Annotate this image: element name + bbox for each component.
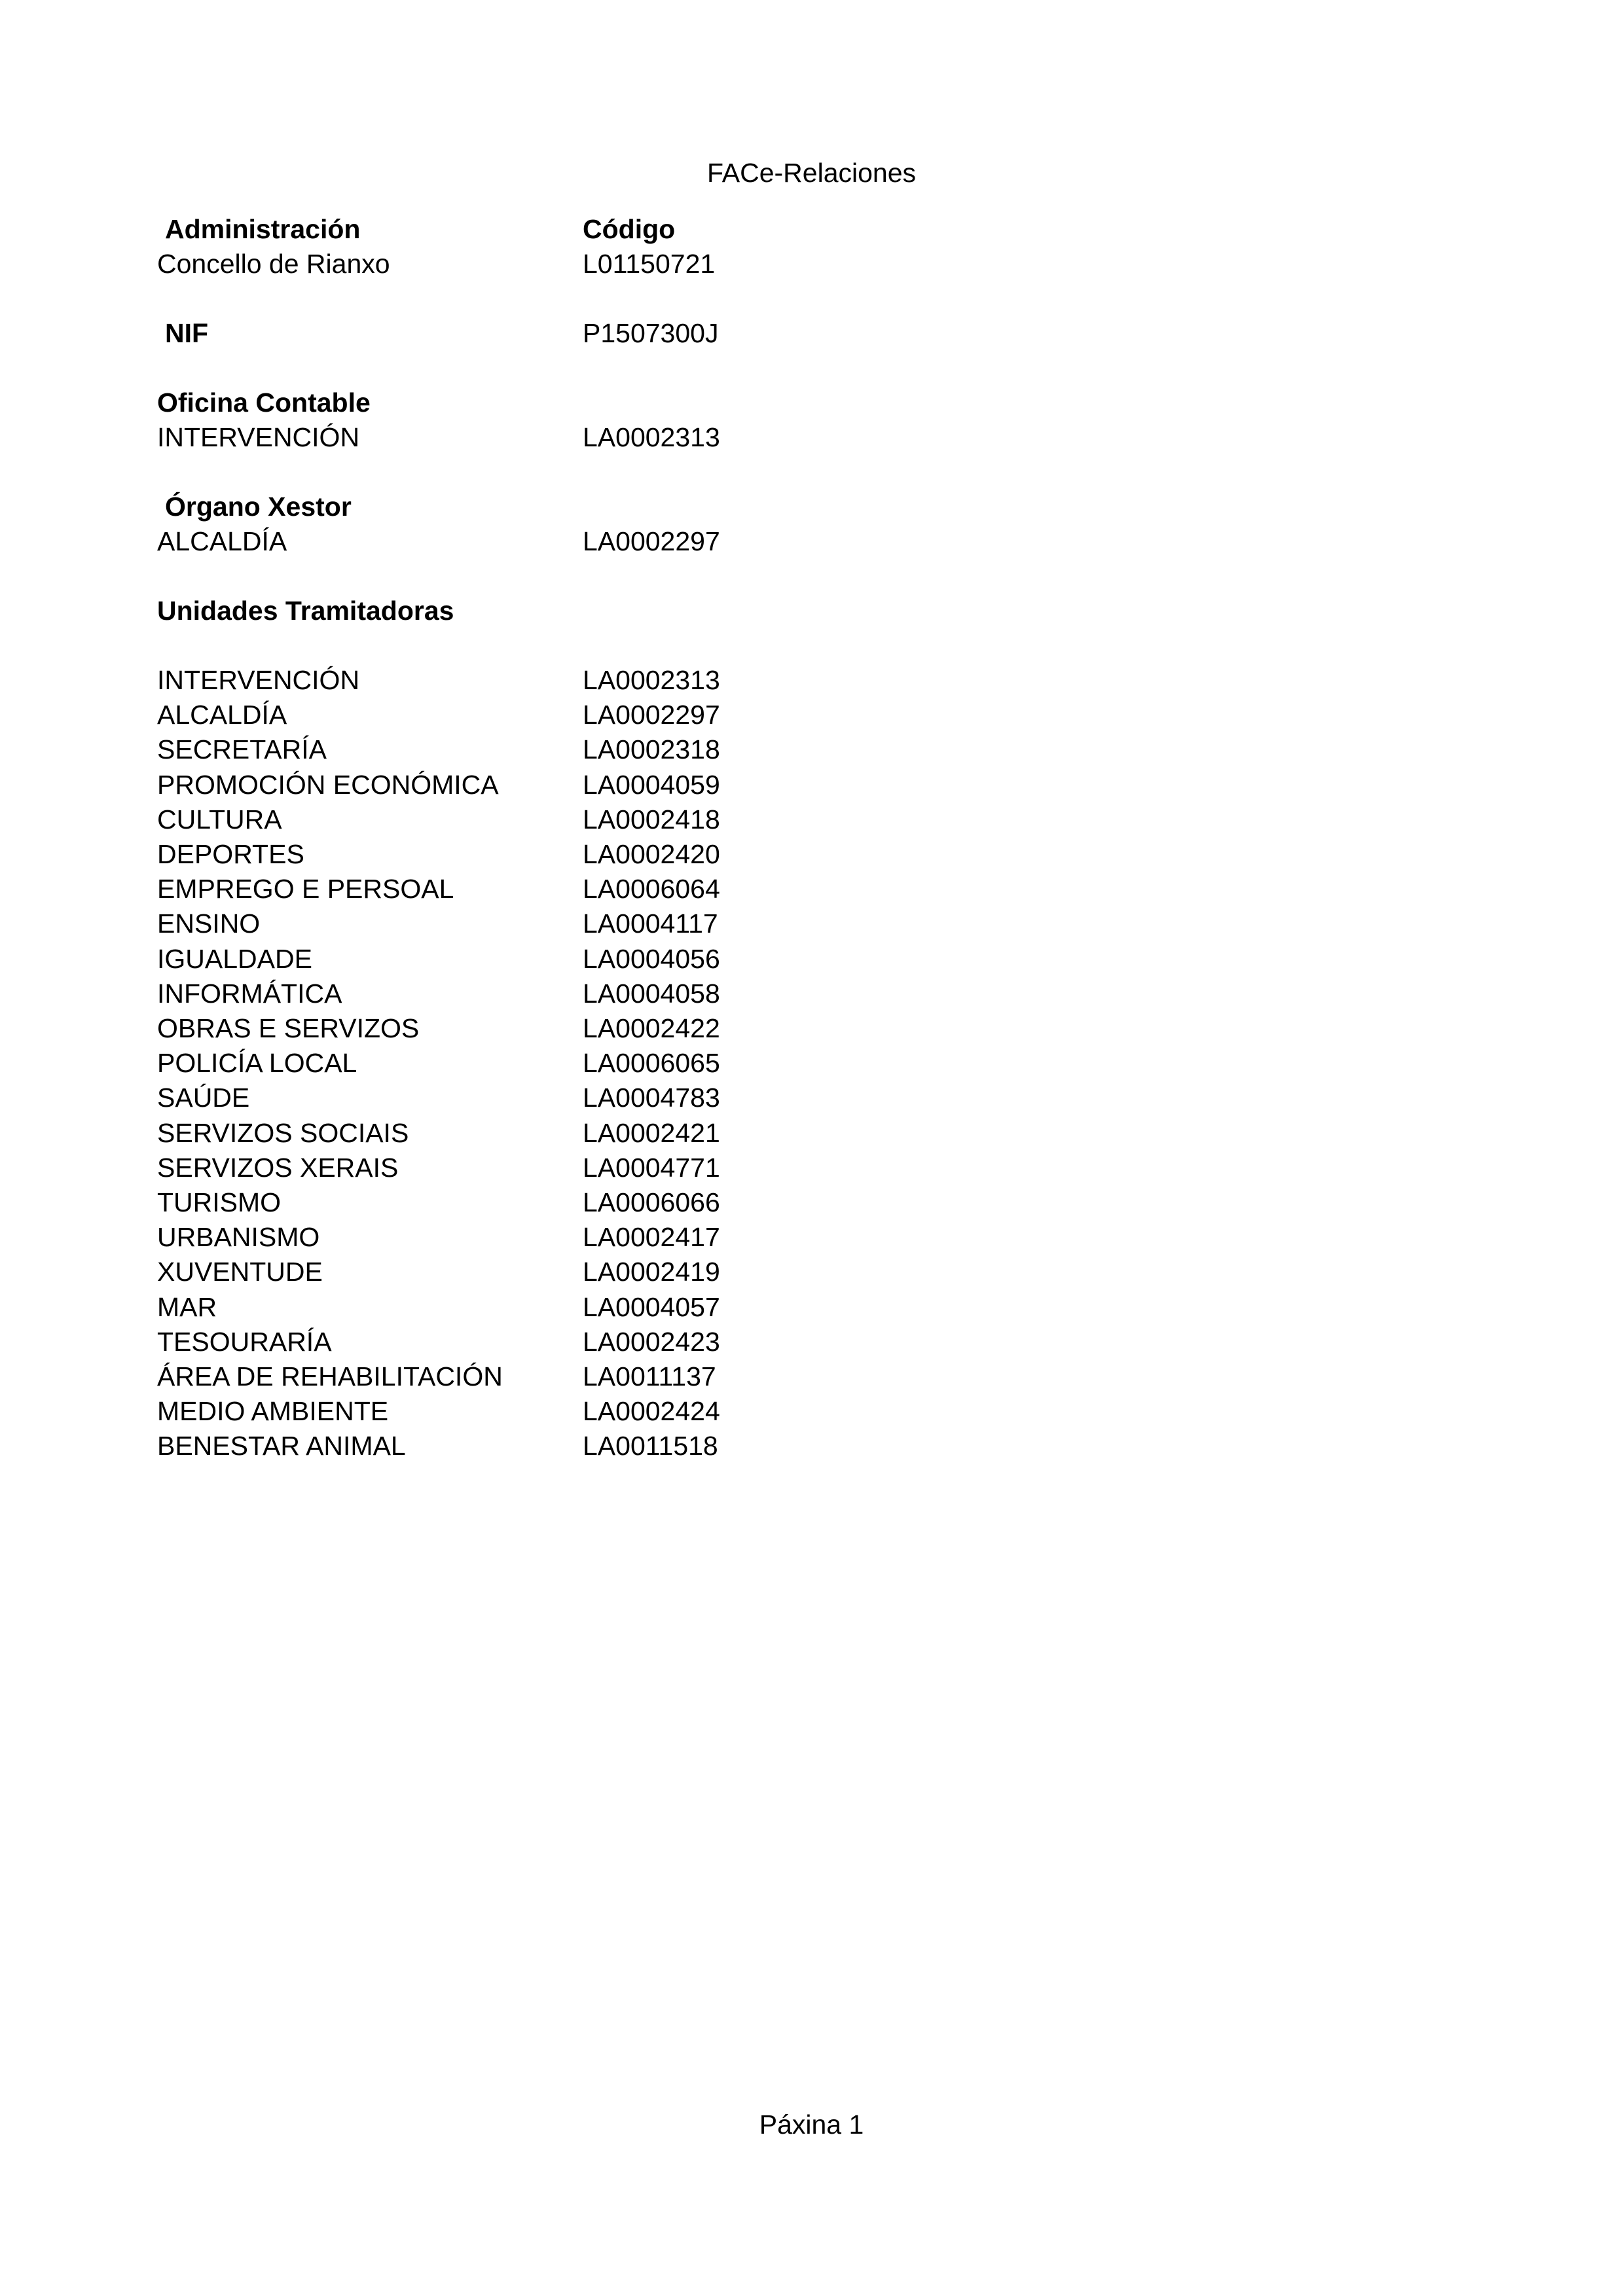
- unit-name: IGUALDADE: [157, 942, 312, 977]
- list-item: TURISMOLA0006066: [0, 1185, 1623, 1220]
- list-item: TESOURARÍALA0002423: [0, 1325, 1623, 1359]
- list-item: PROMOCIÓN ECONÓMICALA0004059: [0, 768, 1623, 802]
- managing-body-code: LA0002297: [583, 524, 720, 559]
- accounting-office-code: LA0002313: [583, 420, 720, 455]
- unit-name: DEPORTES: [157, 837, 304, 872]
- unit-code: LA0011518: [583, 1429, 718, 1463]
- list-item: SECRETARÍALA0002318: [0, 732, 1623, 767]
- list-item: SERVIZOS XERAISLA0004771: [0, 1151, 1623, 1185]
- unit-code: LA0004117: [583, 906, 718, 941]
- unit-code: LA0002297: [583, 698, 720, 732]
- unit-name: CULTURA: [157, 802, 282, 837]
- unit-code: LA0002424: [583, 1394, 720, 1429]
- list-item: IGUALDADELA0004056: [0, 942, 1623, 977]
- administration-code: L01150721: [583, 247, 715, 281]
- unit-name: TESOURARÍA: [157, 1325, 332, 1359]
- unit-code: LA0002418: [583, 802, 720, 837]
- list-item: OBRAS E SERVIZOSLA0002422: [0, 1011, 1623, 1046]
- list-item: ALCALDÍALA0002297: [0, 698, 1623, 732]
- unit-code: LA0004771: [583, 1151, 720, 1185]
- header-codigo: Código: [583, 212, 675, 247]
- nif-value: P1507300J: [583, 316, 718, 351]
- accounting-office-name: INTERVENCIÓN: [157, 420, 359, 455]
- managing-body-name: ALCALDÍA: [157, 524, 287, 559]
- unit-code: LA0002419: [583, 1255, 720, 1289]
- header-administracion: Administración: [165, 212, 360, 247]
- accounting-office-label: Oficina Contable: [157, 386, 371, 420]
- list-item: XUVENTUDELA0002419: [0, 1255, 1623, 1289]
- unit-name: POLICÍA LOCAL: [157, 1046, 357, 1081]
- unit-code: LA0002318: [583, 732, 720, 767]
- unit-code: LA0004059: [583, 768, 720, 802]
- list-item: MEDIO AMBIENTELA0002424: [0, 1394, 1623, 1429]
- processing-units-heading: Unidades Tramitadoras: [0, 594, 1623, 628]
- unit-name: SAÚDE: [157, 1081, 249, 1115]
- unit-name: PROMOCIÓN ECONÓMICA: [157, 768, 499, 802]
- unit-name: ÁREA DE REHABILITACIÓN: [157, 1359, 503, 1394]
- unit-name: MAR: [157, 1290, 217, 1325]
- unit-name: XUVENTUDE: [157, 1255, 323, 1289]
- list-item: BENESTAR ANIMALLA0011518: [0, 1429, 1623, 1463]
- unit-name: INFORMÁTICA: [157, 977, 342, 1011]
- unit-code: LA0004783: [583, 1081, 720, 1115]
- unit-name: URBANISMO: [157, 1220, 319, 1255]
- managing-body-heading: Órgano Xestor: [0, 490, 1623, 524]
- list-item: INTERVENCIÓNLA0002313: [0, 663, 1623, 698]
- list-item: SERVIZOS SOCIAISLA0002421: [0, 1116, 1623, 1151]
- administration-row: Concello de Rianxo L01150721: [0, 247, 1623, 281]
- unit-code: LA0006064: [583, 872, 720, 906]
- list-item: EMPREGO E PERSOALLA0006064: [0, 872, 1623, 906]
- unit-name: INTERVENCIÓN: [157, 663, 359, 698]
- unit-code: LA0006066: [583, 1185, 720, 1220]
- unit-code: LA0002417: [583, 1220, 720, 1255]
- accounting-office-heading: Oficina Contable: [0, 386, 1623, 420]
- accounting-office-row: INTERVENCIÓN LA0002313: [0, 420, 1623, 455]
- managing-body-row: ALCALDÍA LA0002297: [0, 524, 1623, 559]
- administration-name: Concello de Rianxo: [157, 247, 390, 281]
- unit-code: LA0002421: [583, 1116, 720, 1151]
- unit-name: SERVIZOS SOCIAIS: [157, 1116, 409, 1151]
- unit-code: LA0004058: [583, 977, 720, 1011]
- unit-name: TURISMO: [157, 1185, 281, 1220]
- unit-code: LA0004057: [583, 1290, 720, 1325]
- unit-code: LA0004056: [583, 942, 720, 977]
- unit-name: SERVIZOS XERAIS: [157, 1151, 398, 1185]
- list-item: POLICÍA LOCALLA0006065: [0, 1046, 1623, 1081]
- unit-code: LA0002420: [583, 837, 720, 872]
- unit-code: LA0011137: [583, 1359, 716, 1394]
- list-item: URBANISMOLA0002417: [0, 1220, 1623, 1255]
- nif-label: NIF: [165, 316, 208, 351]
- managing-body-label: Órgano Xestor: [165, 490, 352, 524]
- unit-name: EMPREGO E PERSOAL: [157, 872, 454, 906]
- list-item: SAÚDELA0004783: [0, 1081, 1623, 1115]
- unit-name: ENSINO: [157, 906, 260, 941]
- processing-units-label: Unidades Tramitadoras: [157, 594, 454, 628]
- unit-name: MEDIO AMBIENTE: [157, 1394, 388, 1429]
- list-item: MARLA0004057: [0, 1290, 1623, 1325]
- unit-code: LA0002313: [583, 663, 720, 698]
- unit-name: SECRETARÍA: [157, 732, 327, 767]
- unit-name: BENESTAR ANIMAL: [157, 1429, 406, 1463]
- page-title: FACe-Relaciones: [0, 156, 1623, 190]
- list-item: ÁREA DE REHABILITACIÓNLA0011137: [0, 1359, 1623, 1394]
- unit-code: LA0002423: [583, 1325, 720, 1359]
- unit-name: ALCALDÍA: [157, 698, 287, 732]
- unit-code: LA0006065: [583, 1046, 720, 1081]
- page-footer: Páxina 1: [0, 2108, 1623, 2142]
- unit-name: OBRAS E SERVIZOS: [157, 1011, 419, 1046]
- list-item: CULTURALA0002418: [0, 802, 1623, 837]
- nif-row: NIF P1507300J: [0, 316, 1623, 351]
- list-item: INFORMÁTICALA0004058: [0, 977, 1623, 1011]
- list-item: DEPORTESLA0002420: [0, 837, 1623, 872]
- list-item: ENSINOLA0004117: [0, 906, 1623, 941]
- header-row: Administración Código: [0, 212, 1623, 247]
- unit-code: LA0002422: [583, 1011, 720, 1046]
